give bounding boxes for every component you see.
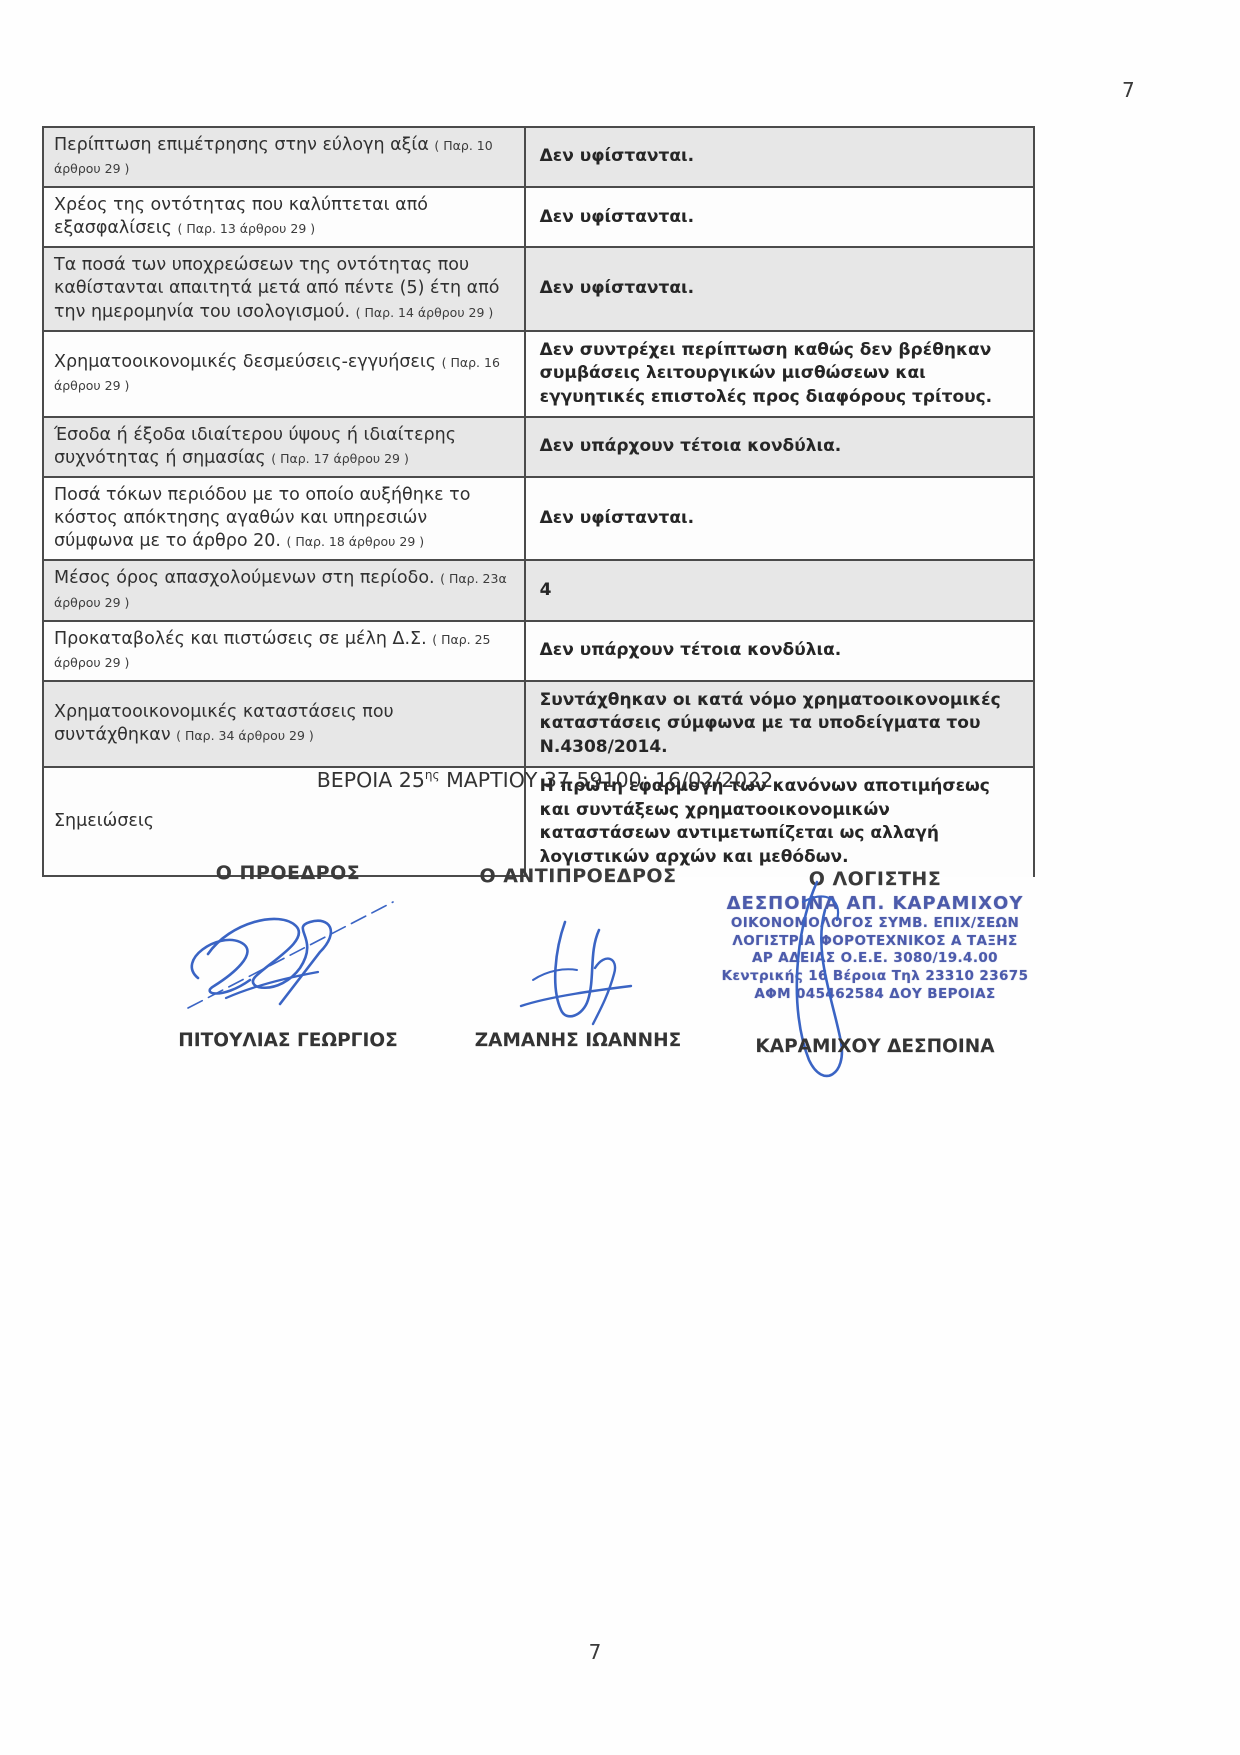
table-row-label: Τα ποσά των υποχρεώσεων της οντότητας πο… — [44, 247, 525, 330]
table-row: Χρηματοοικονομικές καταστάσεις που συντά… — [44, 681, 1033, 767]
table-row-value: 4 — [525, 560, 1033, 620]
table-row-label: Μέσος όρος απασχολούμενων στη περίοδο. (… — [44, 560, 525, 620]
signature-block-vice-president: Ο ΑΝΤΙΠΡΟΕΔΡΟΣ ΖΑΜΑΝΗΣ ΙΩΑΝΝΗΣ — [428, 865, 728, 1065]
table-row-value: Δεν υπάρχουν τέτοια κονδύλια. — [525, 621, 1033, 681]
row-article-reference: ( Παρ. 13 άρθρου 29 ) — [178, 221, 316, 236]
table-row-label: Έσοδα ή έξοδα ιδιαίτερου ύψους ή ιδιαίτε… — [44, 417, 525, 477]
table-row-label: Προκαταβολές και πιστώσεις σε μέλη Δ.Σ. … — [44, 621, 525, 681]
row-label-text: Μέσος όρος απασχολούμενων στη περίοδο. — [54, 568, 440, 588]
row-label-text: Προκαταβολές και πιστώσεις σε μέλη Δ.Σ. — [54, 629, 432, 649]
table-row: Προκαταβολές και πιστώσεις σε μέλη Δ.Σ. … — [44, 621, 1033, 681]
table-row-value: Συντάχθηκαν οι κατά νόμο χρηματοοικονομι… — [525, 681, 1033, 767]
signature-block-accountant: Ο ΛΟΓΙΣΤΗΣ ΔΕΣΠΟΙΝΑ ΑΠ. ΚΑΡΑΜΙΧΟΥ ΟΙΚΟΝΟ… — [700, 868, 1050, 1068]
row-label-text: Περίπτωση επιμέτρησης στην εύλογη αξία — [54, 135, 434, 155]
table-row: Έσοδα ή έξοδα ιδιαίτερου ύψους ή ιδιαίτε… — [44, 417, 1033, 477]
president-name: ΠΙΤΟΥΛΙΑΣ ΓΕΩΡΓΙΟΣ — [148, 1030, 428, 1051]
table-row-value: Δεν υφίστανται. — [525, 187, 1033, 247]
table-row-label: Χρέος της οντότητας που καλύπτεται από ε… — [44, 187, 525, 247]
table-row-value: Δεν υφίστανται. — [525, 128, 1033, 187]
table-row-value: Δεν υφίστανται. — [525, 477, 1033, 560]
table-row-label: Χρηματοοικονομικές δεσμεύσεις-εγγυήσεις … — [44, 331, 525, 417]
date-prefix: ΒΕΡΟΙΑ 25 — [317, 768, 425, 792]
row-article-reference: ( Παρ. 18 άρθρου 29 ) — [287, 534, 425, 549]
row-article-reference: ( Παρ. 17 άρθρου 29 ) — [271, 451, 409, 466]
vice-president-name: ΖΑΜΑΝΗΣ ΙΩΑΝΝΗΣ — [428, 1030, 728, 1051]
place-date-line: ΒΕΡΟΙΑ 25ης ΜΑΡΤΙΟΥ 37 59100: 16/02/2022 — [0, 768, 1090, 792]
table-row-label: Ποσά τόκων περιόδου με το οποίο αυξήθηκε… — [44, 477, 525, 560]
table-row: Χρέος της οντότητας που καλύπτεται από ε… — [44, 187, 1033, 247]
table-row: Περίπτωση επιμέτρησης στην εύλογη αξία (… — [44, 128, 1033, 187]
vice-president-title: Ο ΑΝΤΙΠΡΟΕΔΡΟΣ — [428, 865, 728, 887]
table-row: Τα ποσά των υποχρεώσεων της οντότητας πο… — [44, 247, 1033, 330]
signature-block-president: Ο ΠΡΟΕΔΡΟΣ ΠΙΤΟΥΛΙΑΣ ΓΕΩΡΓΙΟΣ — [148, 862, 428, 1062]
page-number-top: 7 — [1122, 78, 1135, 102]
table-row: Χρηματοοικονομικές δεσμεύσεις-εγγυήσεις … — [44, 331, 1033, 417]
scanned-document-page: { "page": { "number_top": "7", "number_b… — [0, 0, 1240, 1755]
table-row-label: Χρηματοοικονομικές καταστάσεις που συντά… — [44, 681, 525, 767]
table-row: Ποσά τόκων περιόδου με το οποίο αυξήθηκε… — [44, 477, 1033, 560]
row-label-text: Χρηματοοικονομικές δεσμεύσεις-εγγυήσεις — [54, 352, 442, 372]
row-article-reference: ( Παρ. 34 άρθρου 29 ) — [176, 728, 314, 743]
vice-president-signature — [503, 910, 653, 1030]
row-label-text: Σημειώσεις — [54, 811, 154, 831]
date-ordinal-superscript: ης — [425, 768, 440, 782]
table-row-label: Περίπτωση επιμέτρησης στην εύλογη αξία (… — [44, 128, 525, 187]
row-article-reference: ( Παρ. 14 άρθρου 29 ) — [356, 305, 494, 320]
table-row-value: Δεν υπάρχουν τέτοια κονδύλια. — [525, 417, 1033, 477]
disclosure-table-body: Περίπτωση επιμέτρησης στην εύλογη αξία (… — [44, 128, 1033, 877]
date-suffix: ΜΑΡΤΙΟΥ 37 59100: 16/02/2022 — [440, 768, 774, 792]
table-row: Μέσος όρος απασχολούμενων στη περίοδο. (… — [44, 560, 1033, 620]
table-row-value: Δεν συντρέχει περίπτωση καθώς δεν βρέθηκ… — [525, 331, 1033, 417]
table-row-value: Δεν υφίστανται. — [525, 247, 1033, 330]
accountant-signature — [755, 868, 885, 1098]
disclosure-table: Περίπτωση επιμέτρησης στην εύλογη αξία (… — [42, 126, 1035, 877]
accountant-name: ΚΑΡΑΜΙΧΟΥ ΔΕΣΠΟΙΝΑ — [700, 1036, 1050, 1057]
president-signature — [168, 880, 408, 1030]
page-number-bottom: 7 — [0, 1640, 1190, 1664]
